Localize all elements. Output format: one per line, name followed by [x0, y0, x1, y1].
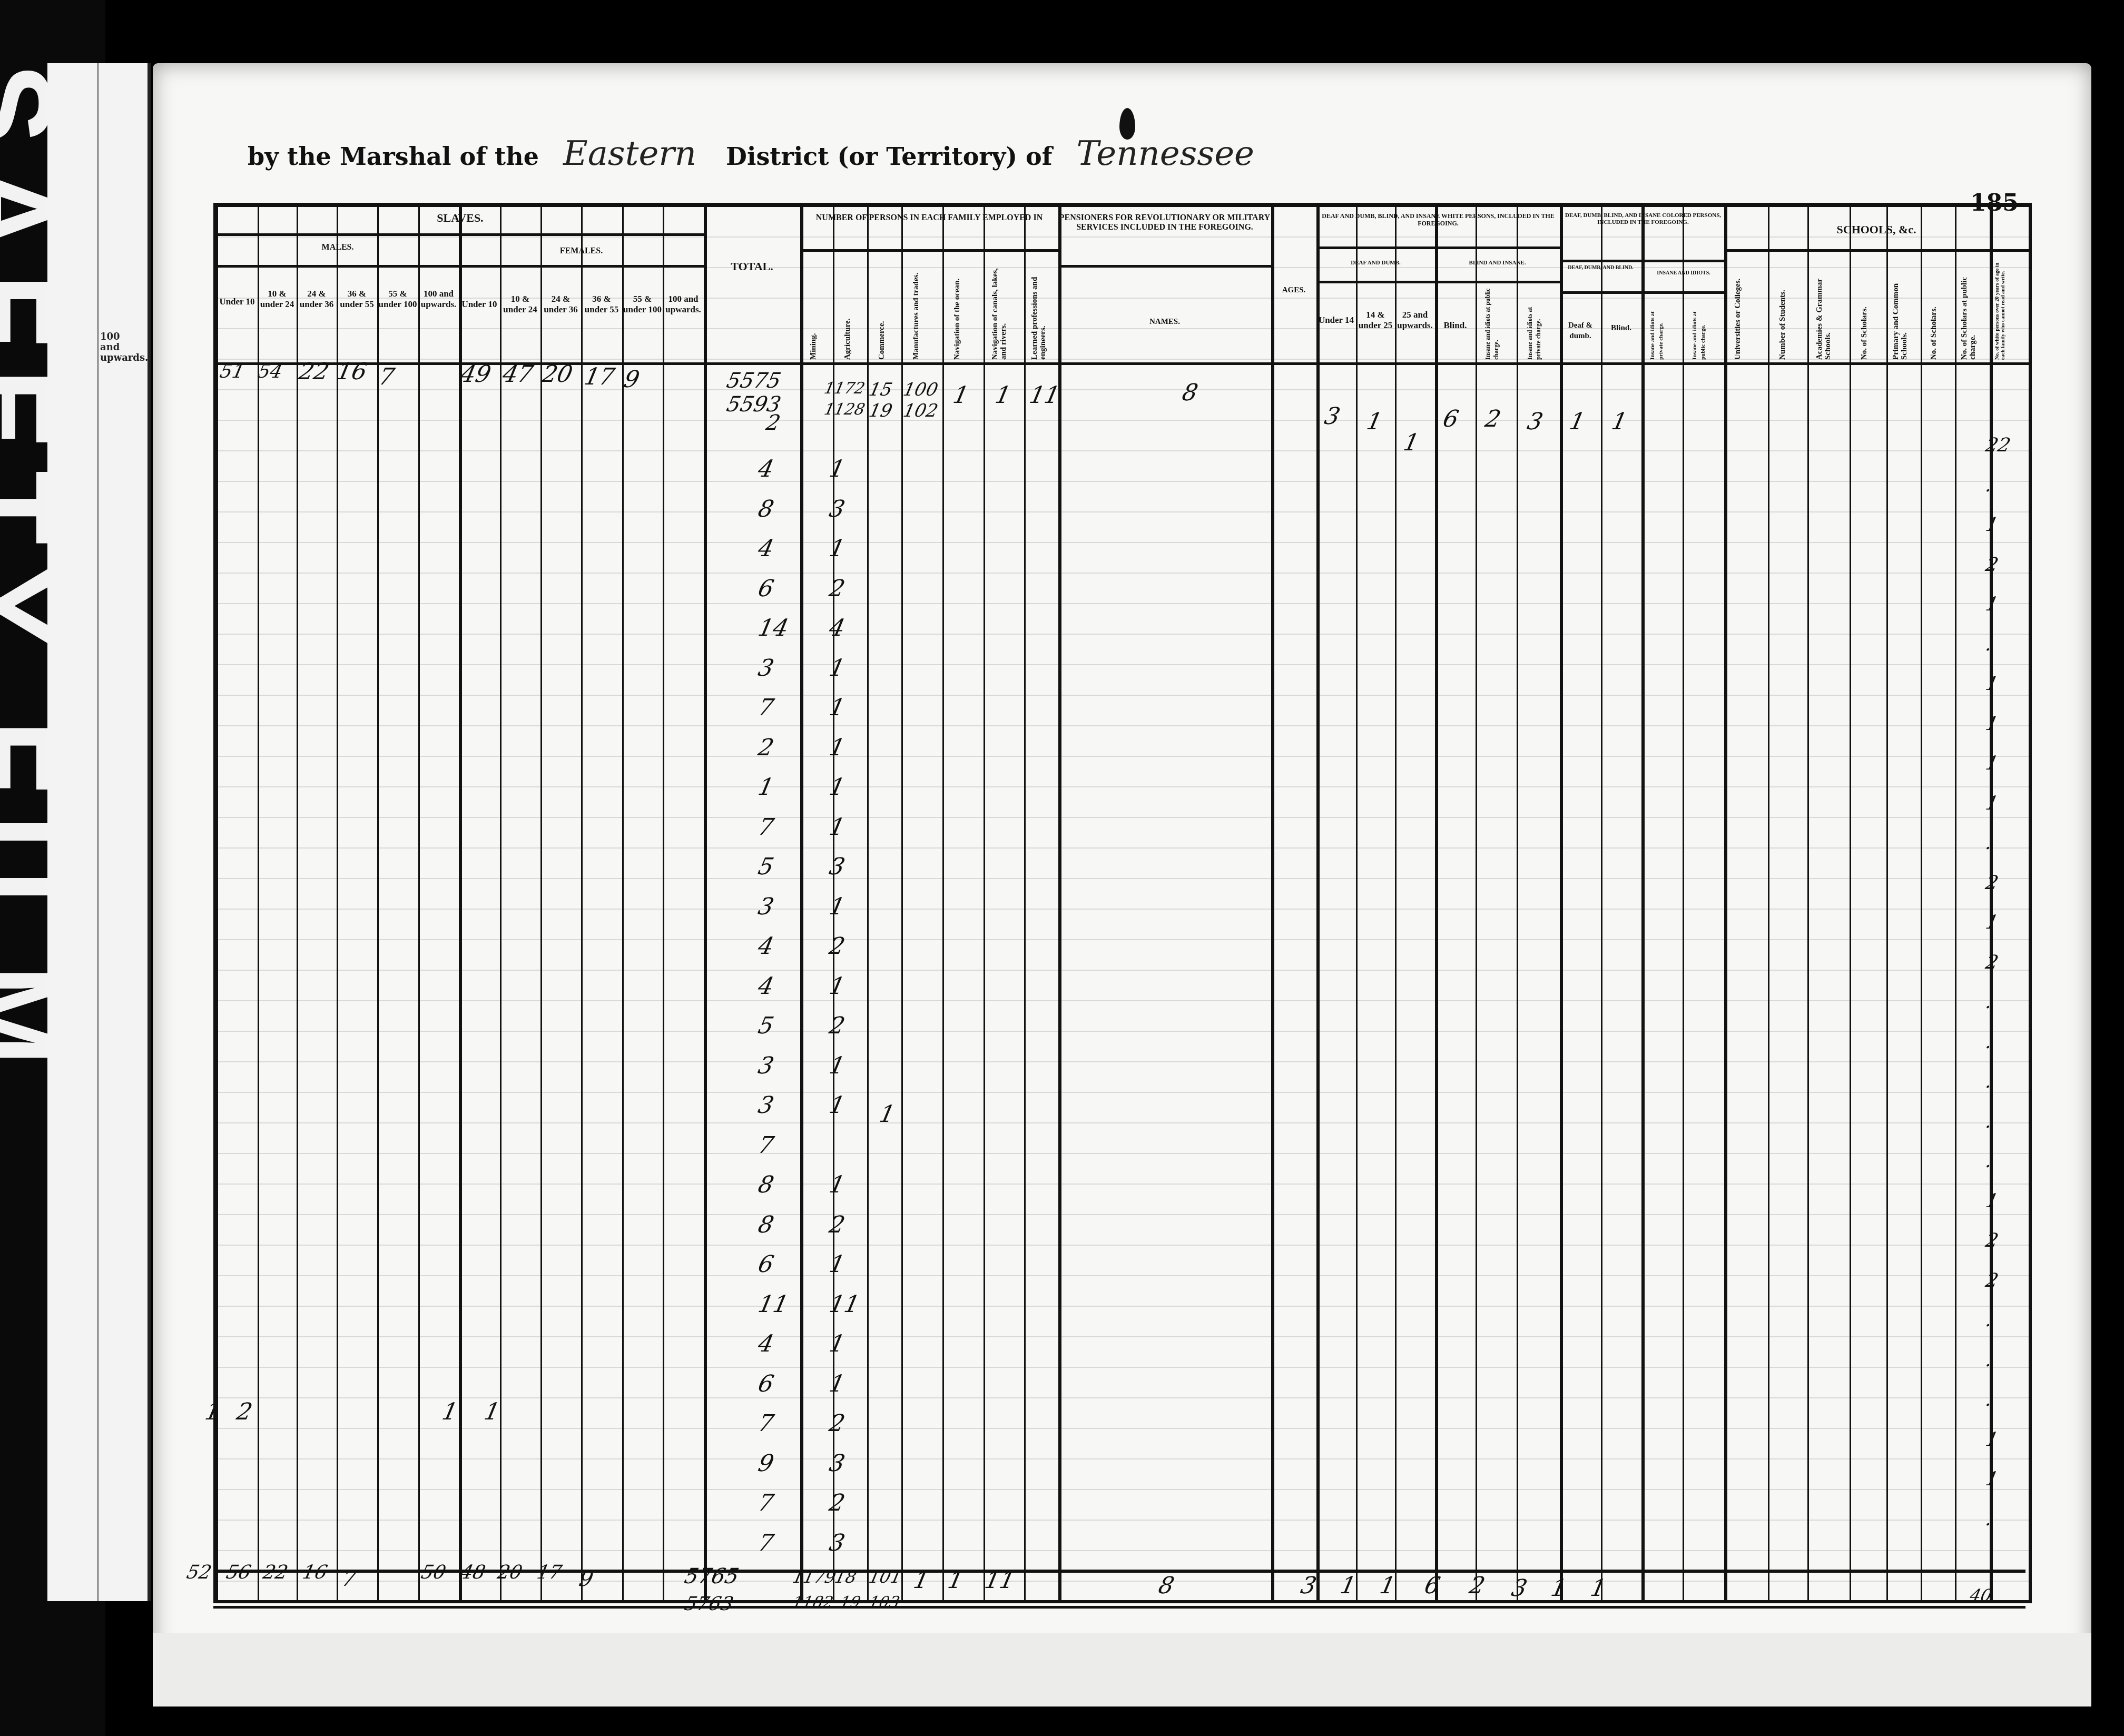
white-deaf-col-25-up: 25 and upwards.: [1395, 310, 1435, 331]
header-rule: [1316, 281, 1560, 283]
schools-col-academies: Academies & Grammar Schools.: [1815, 257, 1842, 360]
slave-females-header: FEMALES.: [459, 246, 704, 256]
carried-slave-female-24-36: 20: [540, 361, 575, 388]
total-manufactures-corrected: 103: [867, 1593, 901, 1612]
colored-disabled-header: DEAF, DUMB, BLIND, AND INSANE COLORED PE…: [1560, 212, 1726, 226]
column-line: [217, 207, 218, 1600]
slave-male-col-24-36: 24 & under 36: [297, 289, 337, 310]
total-commerce-corrected: 19: [838, 1593, 862, 1612]
carried-learned-professions: 11: [1027, 382, 1063, 409]
carried-agriculture-top: 1172: [822, 379, 867, 398]
slave-female-col-36-55: 36 & under 55: [581, 294, 622, 315]
column-line: [459, 207, 462, 1600]
slave-male-col-55-100: 55 & under 100: [377, 289, 418, 310]
colored-deaf-dumb-blind-header: DEAF, DUMB, AND BLIND.: [1560, 265, 1641, 271]
white-blind-col: Blind.: [1435, 320, 1476, 331]
colored-insane-public-col: Insane and idiots at public charge.: [1690, 297, 1717, 360]
title-middle: District (or Territory) of: [726, 142, 1053, 171]
carried-slave-male-10-24: 54: [256, 361, 285, 382]
page-title: by the Marshal of the Eastern District (…: [248, 134, 1254, 173]
title-prefix: by the Marshal of the: [248, 142, 539, 171]
carried-slave-female-10-24: 47: [500, 361, 536, 388]
slave-male-col-under10: Under 10: [217, 297, 258, 307]
carried-slave-male-24-36: 22: [297, 358, 332, 385]
column-line: [1395, 207, 1397, 1600]
total-slave-male-36-55: 16: [301, 1562, 330, 1583]
column-line: [540, 207, 542, 1600]
grand-total-corrected: 5763: [683, 1593, 735, 1615]
employment-col-mining: Mining.: [809, 270, 818, 360]
employment-col-learned-professions: Learned professions and engineers.: [1030, 265, 1051, 360]
slave-male-col-100-up: 100 and upwards.: [418, 289, 459, 310]
carried-agriculture-bottom: 1128: [822, 400, 867, 419]
header-rule: [1058, 265, 1271, 268]
total-agriculture-corrected: 1182: [791, 1593, 835, 1612]
header-rule: [1316, 246, 1560, 249]
row-total: 14: [756, 615, 791, 642]
column-line: [1850, 207, 1851, 1600]
white-insane-private-col: Insane and idiots at private charge.: [1526, 286, 1552, 360]
column-line: [297, 207, 298, 1600]
column-line: [704, 207, 707, 1600]
pensioner-names-header: NAMES.: [1058, 318, 1271, 327]
schools-col-primary: Primary and Common Schools.: [1892, 257, 1918, 360]
white-disabled-header: DEAF AND DUMB, BLIND, AND INSANE WHITE P…: [1316, 212, 1560, 227]
prev-page-column-label: 100 and upwards.: [100, 332, 142, 363]
total-slave-female-10-24: 48: [459, 1562, 488, 1583]
employment-col-canal-navigation: Navigation of canals, lakes, and rivers.: [991, 265, 1017, 360]
column-line: [800, 207, 803, 1600]
slave-female-col-under10: Under 10: [459, 299, 500, 310]
white-deaf-col-under14: Under 14: [1316, 315, 1356, 325]
column-line: [1476, 207, 1477, 1600]
column-line: [1683, 207, 1684, 1600]
total-slave-male-under10: 52: [185, 1562, 214, 1583]
colored-blind-col: Blind.: [1601, 323, 1641, 333]
column-line: [622, 207, 624, 1600]
column-line: [1356, 207, 1358, 1600]
previous-page-edge: 100 and upwards.: [47, 63, 151, 1601]
slave-male-col-36-55: 36 & under 55: [337, 289, 377, 310]
total-learned-professions: 11: [982, 1567, 1018, 1594]
column-line: [663, 207, 664, 1600]
column-line: [337, 207, 338, 1600]
total-slave-female-under10: 50: [419, 1562, 448, 1583]
column-line: [500, 207, 501, 1600]
totals-double-rule: [213, 1600, 2025, 1609]
column-line: [1316, 207, 1320, 1600]
column-line: [1724, 207, 1727, 1600]
colored-insane-header: INSANE AND IDIOTS.: [1641, 270, 1726, 276]
column-line: [1921, 207, 1922, 1600]
column-line: [418, 207, 420, 1600]
column-line: [1641, 207, 1645, 1600]
slave-males-header: MALES.: [217, 243, 459, 252]
row-total: 11: [756, 1291, 791, 1318]
header-rule: [800, 249, 1058, 252]
employment-header: NUMBER OF PERSONS IN EACH FAMILY EMPLOYE…: [800, 213, 1058, 223]
colored-insane-private-col: Insane and idiots at private charge.: [1648, 297, 1675, 360]
schools-col-illiterate: No. of white persons over 20 years of ag…: [1994, 257, 2026, 360]
slaves-header: SLAVES.: [217, 211, 704, 225]
slave-male-col-10-24: 10 & under 24: [258, 289, 297, 310]
white-deaf-col-14-25: 14 & under 25: [1356, 310, 1395, 331]
column-line: [581, 207, 583, 1600]
white-deaf-dumb-header: DEAF AND DUMB.: [1316, 260, 1435, 266]
total-manufactures: 101: [867, 1567, 903, 1587]
header-rule: [1560, 260, 1726, 262]
total-header: TOTAL.: [704, 260, 800, 273]
schools-col-students: Number of Students.: [1778, 257, 1799, 360]
employment-col-agriculture: Agriculture.: [843, 270, 852, 360]
column-line: [1058, 207, 1061, 1600]
employment-col-manufactures: Manufactures and trades.: [912, 265, 933, 360]
column-line: [258, 207, 259, 1600]
carried-slave-female-36-55: 17: [582, 363, 617, 390]
district-handwritten: Eastern: [563, 134, 696, 173]
column-line: [1024, 207, 1026, 1600]
pensioners-header: PENSIONERS FOR REVOLUTIONARY OR MILITARY…: [1058, 213, 1271, 232]
total-slave-male-10-24: 56: [224, 1562, 253, 1583]
column-line: [1601, 207, 1602, 1600]
slave-female-col-10-24: 10 & under 24: [500, 294, 540, 315]
grand-total: 5765: [682, 1564, 741, 1589]
column-line: [942, 207, 944, 1600]
total-agriculture: 1179: [791, 1567, 838, 1587]
column-line: [1517, 207, 1518, 1600]
column-line: [1886, 207, 1888, 1600]
pensioner-ages-header: AGES.: [1271, 286, 1316, 295]
total-illiterate: 40: [1968, 1585, 1994, 1605]
column-line: [1768, 207, 1769, 1600]
employment-col-commerce: Commerce.: [878, 270, 886, 360]
white-insane-public-col: Insane and idiots at public charge.: [1483, 286, 1510, 360]
column-line: [1271, 207, 1274, 1600]
carried-slave-female-under10: 49: [458, 361, 494, 388]
page-bottom-margin: [153, 1633, 2091, 1707]
carried-commerce-bottom: 19: [867, 400, 894, 421]
column-line: [984, 207, 985, 1600]
state-handwritten: Tennessee: [1077, 134, 1254, 173]
carried-commerce-top: 15: [867, 379, 894, 400]
white-blind-insane-header: BLIND AND INSANE.: [1435, 260, 1560, 266]
carried-total-1: 5575: [724, 369, 783, 393]
employment-col-ocean-navigation: Navigation of the ocean.: [953, 265, 974, 360]
header-rule: [1724, 249, 2029, 252]
total-slave-male-24-36: 22: [261, 1562, 290, 1583]
header-rule: [217, 233, 704, 236]
carried-slave-male-under10: 51: [218, 361, 247, 382]
schools-col-academy-scholars: No. of Scholars.: [1860, 257, 1881, 360]
slave-female-col-24-36: 24 & under 36: [540, 294, 581, 315]
carried-manufactures-top: 100: [901, 379, 940, 400]
total-slave-female-36-55: 17: [535, 1562, 564, 1583]
column-line: [1807, 207, 1809, 1600]
column-line: [1560, 207, 1563, 1600]
row-agriculture: 11: [827, 1291, 862, 1318]
header-rule: [1560, 291, 1726, 294]
colored-deaf-dumb-col: Deaf & dumb.: [1560, 320, 1601, 341]
schools-header: SCHOOLS, &c.: [1724, 223, 2029, 236]
total-commerce: 18: [833, 1567, 859, 1587]
slave-female-col-100-up: 100 and upwards.: [663, 294, 704, 315]
census-table: SLAVES. MALES. FEMALES. TOTAL. NUMBER OF…: [213, 203, 2032, 1603]
row-illiterate: 22: [1984, 435, 2013, 456]
prev-page-column-line: [97, 63, 99, 1601]
column-line: [1435, 207, 1438, 1600]
total-slave-female-24-36: 20: [496, 1562, 525, 1583]
schools-col-public-scholars: No. of Scholars at public charge.: [1960, 257, 1987, 360]
schools-col-universities: Universities or Colleges.: [1734, 257, 1760, 360]
carried-slave-male-36-55: 16: [335, 358, 370, 385]
slave-female-col-55-100: 55 & under 100: [622, 294, 663, 315]
column-line: [1955, 207, 1956, 1600]
column-line: [377, 207, 379, 1600]
schools-col-primary-scholars: No. of Scholars.: [1930, 257, 1951, 360]
header-rule: [217, 265, 704, 268]
carried-manufactures-bottom: 102: [901, 400, 940, 421]
